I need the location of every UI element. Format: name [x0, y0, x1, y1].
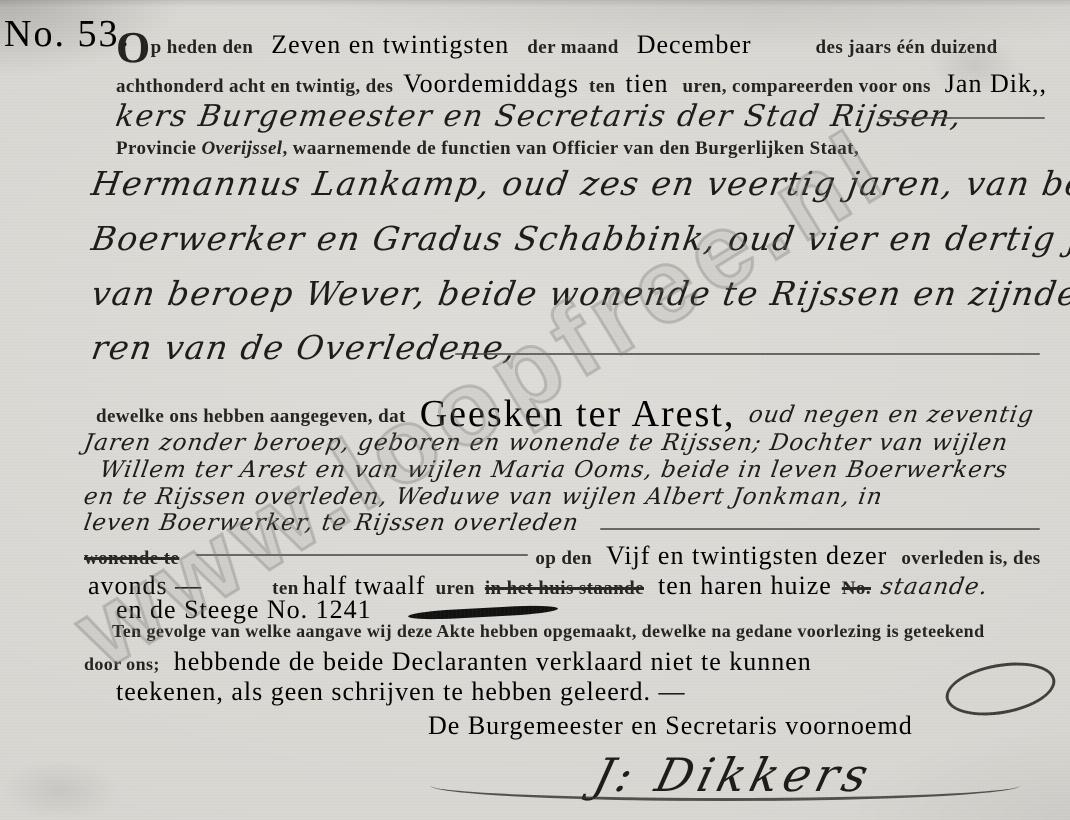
line-witness-2: Boerwerker en Gradus Schabbink, oud vier… — [92, 219, 1070, 258]
line-death-date: wonende te op den Vijf en twintigsten de… — [84, 541, 1041, 571]
printed-struck-segment: No. — [842, 578, 871, 599]
handwritten-text: van beroep Wever, beide wonende te Rijss… — [89, 274, 1070, 313]
line-signoff: De Burgemeester en Secretaris voornoemd — [428, 711, 913, 741]
line-closing-printed: Ten gevolge van welke aangave wij deze A… — [112, 621, 985, 642]
printed-segment: achthonderd acht en twintig, des — [116, 76, 393, 97]
handwritten-text: teekenen, als geen schrijven te hebben g… — [116, 677, 686, 706]
handwritten-text: Willem ter Arest en van wijlen Maria Oom… — [98, 457, 1010, 483]
printed-struck-segment: in het huis staande — [485, 578, 644, 599]
handwritten-age: oud negen en zeventig — [747, 402, 1036, 428]
handwritten-text: ren van de Overledene, — [89, 328, 519, 367]
line-deceased-4: leven Boerwerker, te Rijssen overleden — [84, 510, 579, 536]
printed-province-name: Overijssel — [201, 138, 282, 159]
line-deceased-1: Jaren zonder beroep, geboren en wonende … — [84, 430, 1008, 456]
strike-rule — [196, 554, 528, 556]
printed-segment: Ten gevolge van welke aangave wij deze A… — [112, 621, 985, 641]
handwritten-text: en te Rijssen overleden, Weduwe van wijl… — [82, 484, 885, 510]
printed-segment: p heden den — [151, 37, 254, 58]
handwritten-text: Boerwerker en Gradus Schabbink, oud vier… — [89, 219, 1070, 258]
drop-cap: O — [116, 23, 151, 72]
printed-segment: overleden is, des — [901, 548, 1040, 569]
handwritten-signoff: De Burgemeester en Secretaris voornoemd — [428, 711, 913, 740]
handwritten-death-date: Vijf en twintigsten dezer — [606, 541, 887, 570]
printed-segment: der maand — [527, 37, 618, 58]
handwritten-text: Hermannus Lankamp, oud zes en veertig ja… — [89, 164, 1070, 203]
handwritten-daypart: Voordemiddags — [403, 69, 579, 98]
paper-smudge — [0, 760, 120, 820]
printed-segment: door ons; — [84, 654, 160, 674]
printed-segment: des jaars één duizend — [816, 37, 998, 58]
printed-segment: Provincie — [116, 138, 201, 159]
ink-flourish-dash — [408, 604, 558, 621]
handwritten-text: leven Boerwerker, te Rijssen overleden — [82, 510, 581, 536]
act-number: No. 53. — [4, 12, 131, 56]
printed-segment: op den — [535, 548, 592, 569]
printed-segment: ten — [589, 76, 616, 97]
line-deceased-2: Willem ter Arest en van wijlen Maria Oom… — [100, 457, 1008, 483]
handwritten-place: ten haren huize — [658, 571, 832, 600]
handwritten-text: Jaren zonder beroep, geboren en wonende … — [82, 430, 1010, 456]
signature-flourish — [430, 770, 1020, 801]
printed-struck-segment: wonende te — [84, 548, 179, 569]
handwritten-officials: kers Burgemeester en Secretaris der Stad… — [113, 99, 965, 134]
line-opening: Op heden den Zeven en twintigsten der ma… — [116, 30, 998, 60]
printed-segment: uren, compareerden voor ons — [683, 76, 931, 97]
ink-flourish-oval — [942, 655, 1060, 724]
line-witness-3: van beroep Wever, beide wonende te Rijss… — [92, 274, 1070, 313]
line-witness-4: ren van de Overledene, — [92, 328, 516, 367]
handwritten-text: hebbende de beide Declaranten verklaard … — [174, 647, 812, 676]
act-number-text: No. 53. — [4, 13, 131, 55]
line-officials: kers Burgemeester en Secretaris der Stad… — [116, 99, 962, 134]
handwritten-text: staande. — [879, 574, 990, 600]
fill-rule — [600, 528, 1040, 530]
line-year-time: achthonderd acht en twintig, des Voordem… — [116, 69, 1047, 99]
handwritten-hour: tien — [626, 69, 669, 98]
scanned-death-certificate: www.loopfree.nl No. 53. Op heden den Zev… — [0, 0, 1070, 820]
line-closing-mixed: door ons; hebbende de beide Declaranten … — [84, 647, 812, 677]
fill-rule — [455, 353, 1040, 355]
handwritten-address: en de Steege No. 1241 — [116, 595, 372, 624]
printed-segment: dewelke ons hebben aangegeven, dat — [96, 406, 406, 427]
handwritten-day: Zeven en twintigsten — [271, 30, 509, 59]
line-deceased-3: en te Rijssen overleden, Weduwe van wijl… — [84, 484, 883, 510]
handwritten-month: December — [637, 30, 752, 59]
line-closing-hand: teekenen, als geen schrijven te hebben g… — [116, 677, 686, 707]
handwritten-official-name: Jan Dik,, — [945, 69, 1047, 98]
ink-dash — [878, 117, 1045, 119]
line-witness-1: Hermannus Lankamp, oud zes en veertig ja… — [92, 164, 1070, 203]
line-province: Provincie Overijssel, waarnemende de fun… — [116, 138, 859, 160]
printed-segment: , waarnemende de functien van Officier v… — [282, 138, 859, 159]
printed-segment: uren — [436, 578, 475, 599]
handwritten-deceased-name: Geesken ter Arest, — [420, 393, 736, 435]
